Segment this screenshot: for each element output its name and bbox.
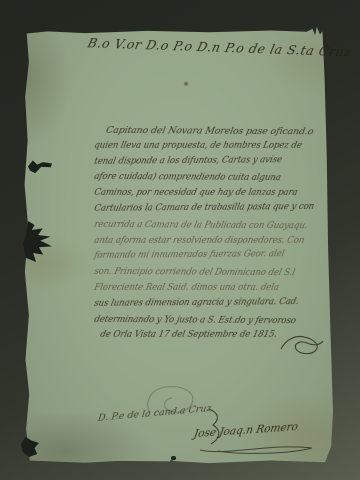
manuscript-line: tenal disponde a los difuntos, Cartas y …: [92, 153, 329, 171]
manuscript-line: sus lunares dimension agracia y singular…: [92, 295, 329, 313]
manuscript-line: recurrida a Camara de la Publicada con G…: [92, 218, 329, 235]
manuscript-line: Cartularios la Camara de trabasilla past…: [92, 200, 329, 218]
signature-flourish-icon: [198, 442, 316, 456]
manuscript-line: quien lleva una propuesta, de hombres Lo…: [92, 139, 329, 155]
date-rubric-flourish-icon: [280, 331, 324, 357]
paper-edge-nick: [171, 456, 176, 460]
manuscript-line: formando mi innumerados fuerzas Geor. al…: [92, 247, 329, 265]
manuscript-line: son. Principio corriendo del Dominicano …: [92, 265, 329, 282]
manuscript-body: Capitano del Novara Morelos pase oficand…: [94, 123, 328, 344]
photo-background: { "photo": { "colors": { "background_dar…: [0, 0, 360, 480]
manuscript-line: Capitano del Novara Morelos pase oficand…: [92, 123, 329, 140]
